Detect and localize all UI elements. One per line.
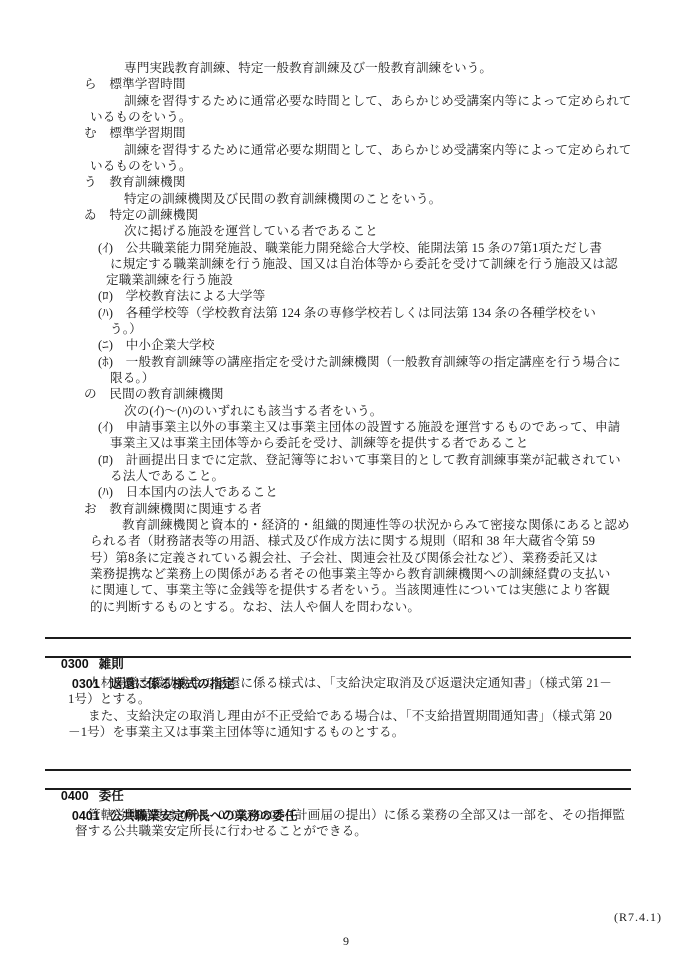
document-page: 専門実践教育訓練、特定一般教育訓練及び一般教育訓練をいう。ら 標準学習時間訓練を… bbox=[0, 0, 692, 980]
text-line: 教育訓練機関と資本的・経済的・組織的関連性等の状況からみて密接な関係にあると認め bbox=[122, 518, 630, 532]
text-line: (ﾛ) 計画提出日までに定款、登記簿等において事業目的として教育訓練事業が記載さ… bbox=[98, 453, 621, 467]
text-line: う 教育訓練機関 bbox=[84, 175, 186, 189]
text-line: に規定する職業訓練を行う施設、国又は自治体等から委託を受けて訓練を行う施設又は認 bbox=[110, 257, 618, 271]
revision-date: (R7.4.1) bbox=[614, 910, 662, 925]
text-line: (ﾛ) 学校教育法による大学等 bbox=[98, 289, 265, 303]
text-line: 専門実践教育訓練、特定一般教育訓練及び一般教育訓練をいう。 bbox=[124, 61, 492, 75]
text-line: 次に掲げる施設を運営している者であること bbox=[124, 224, 378, 238]
text-line: 1号）とする。 bbox=[68, 692, 151, 706]
text-line: 定職業訓練を行う施設 bbox=[106, 273, 233, 287]
text-line: 限る。） bbox=[110, 371, 154, 385]
text-line: 特定の訓練機関及び民間の教育訓練機関のことをいう。 bbox=[124, 192, 441, 206]
text-line: いるものをいう。 bbox=[90, 159, 192, 173]
text-line: の 民間の教育訓練機関 bbox=[84, 387, 224, 401]
section-0300-top-rule bbox=[45, 637, 631, 639]
section-0400-bottom-rule bbox=[45, 788, 631, 790]
text-line: (ﾆ) 中小企業大学校 bbox=[98, 338, 215, 352]
text-line: 次の(ｲ)～(ﾊ)のいずれにも該当する者をいう。 bbox=[124, 404, 382, 418]
text-line: ゐ 特定の訓練機関 bbox=[84, 208, 198, 222]
text-line: う。） bbox=[110, 322, 142, 336]
text-line: 督する公共職業安定所長に行わせることができる。 bbox=[75, 824, 367, 838]
text-line: 訓練を習得するために通常必要な期間として、あらかじめ受講案内等によって定められて bbox=[124, 143, 632, 157]
text-line: －1号）を事業主又は事業主団体等に通知するものとする。 bbox=[68, 725, 404, 739]
text-line: お 教育訓練機関に関連する者 bbox=[84, 502, 262, 516]
section-0300-bottom-rule bbox=[45, 656, 631, 658]
text-line: る法人であること。 bbox=[110, 469, 224, 483]
text-line: ら 標準学習時間 bbox=[84, 77, 186, 91]
text-line: 号）第8条に定義されている親会社、子会社、関連会社及び関係会社など）、業務委託又… bbox=[90, 551, 598, 565]
text-line: 管轄労働局長は 0603、0703、0803（計画届の提出）に係る業務の全部又は… bbox=[88, 808, 625, 822]
text-line: (ｲ) 申請事業主以外の事業主又は事業主団体の設置する施設を運営するものであって… bbox=[98, 420, 620, 434]
section-0400-top-rule bbox=[45, 769, 631, 771]
text-line: 人材開発支援助成金の返還に係る様式は、「支給決定取消及び返還決定通知書」（様式第… bbox=[88, 676, 612, 690]
text-line: む 標準学習期間 bbox=[84, 126, 186, 140]
text-line: また、支給決定の取消し理由が不正受給である場合は、「不支給措置期間通知書」（様式… bbox=[88, 709, 612, 723]
text-line: られる者（財務諸表等の用語、様式及び作成方法に関する規則（昭和 38 年大蔵省令… bbox=[90, 534, 595, 548]
text-line: (ﾊ) 各種学校等（学校教育法第 124 条の専修学校若しくは同法第 134 条… bbox=[98, 306, 596, 320]
page-number: 9 bbox=[0, 934, 692, 949]
text-line: 訓練を習得するために通常必要な時間として、あらかじめ受講案内等によって定められて bbox=[124, 94, 632, 108]
text-line: 業務提携など業務上の関係がある者その他事業主等から教育訓練機関への訓練経費の支払… bbox=[90, 567, 610, 581]
text-line: いるものをいう。 bbox=[90, 110, 192, 124]
text-line: に関連して、事業主等に金銭等を提供する者をいう。当該関連性については実態により客… bbox=[90, 583, 610, 597]
text-line: (ｲ) 公共職業能力開発施設、職業能力開発総合大学校、能開法第 15 条の7第1… bbox=[98, 241, 602, 255]
text-line: 事業主又は事業主団体等から委託を受け、訓練等を提供する者であること bbox=[110, 436, 528, 450]
text-line: (ﾎ) 一般教育訓練等の講座指定を受けた訓練機関（一般教育訓練等の指定講座を行う… bbox=[98, 355, 621, 369]
text-line: 的に判断するものとする。なお、法人や個人を問わない。 bbox=[90, 600, 420, 614]
text-line: (ﾊ) 日本国内の法人であること bbox=[98, 485, 278, 499]
